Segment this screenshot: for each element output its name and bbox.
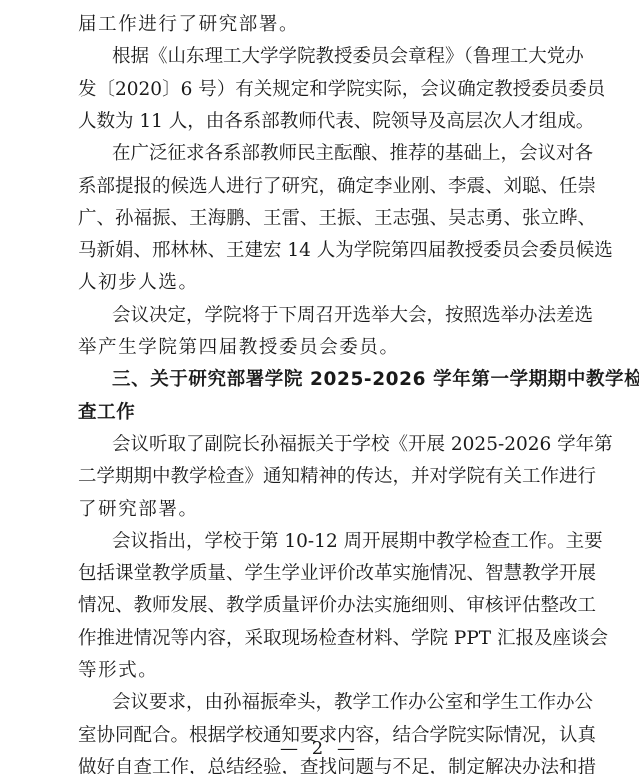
paragraph-line: 二学期期中教学检查》通知精神的传达，并对学院有关工作进行 — [78, 465, 562, 489]
section-heading-line: 三、关于研究部署学院 2025-2026 学年第一学期期中教学检 — [112, 368, 562, 392]
paragraph-line: 会议要求，由孙福振牵头，教学工作办公室和学生工作办公 — [112, 691, 562, 715]
section-heading-line: 查工作 — [78, 401, 562, 425]
paragraph-line: 会议决定，学院将于下周召开选举大会，按照选举办法差选 — [112, 304, 562, 328]
paragraph-line: 系部提报的候选人进行了研究，确定李业刚、李震、刘聪、任崇 — [78, 175, 562, 199]
paragraph-line: 了研究部署。 — [78, 498, 562, 522]
paragraph-line: 作推进情况等内容，采取现场检查材料、学院 PPT 汇报及座谈会 — [78, 627, 562, 651]
paragraph-line: 会议听取了副院长孙福振关于学校《开展 2025-2026 学年第 — [112, 433, 562, 457]
paragraph-line: 马新娟、邢林林、王建宏 14 人为学院第四届教授委员会委员候选 — [78, 239, 562, 263]
paragraph-line: 发〔2020〕6 号）有关规定和学院实际，会议确定教授委员委员 — [78, 78, 562, 102]
paragraph-line: 在广泛征求各系部教师民主酝酿、推荐的基础上，会议对各 — [112, 142, 562, 166]
paragraph-line: 届工作进行了研究部署。 — [78, 13, 562, 37]
paragraph-line: 举产生学院第四届教授委员会委员。 — [78, 336, 562, 360]
document-page: 届工作进行了研究部署。根据《山东理工大学学院教授委员会章程》（鲁理工大党办发〔2… — [0, 0, 639, 774]
paragraph-line: 人数为 11 人，由各系部教师代表、院领导及高层次人才组成。 — [78, 110, 562, 134]
paragraph-line: 广、孙福振、王海鹏、王雷、王振、王志强、吴志勇、张立晔、 — [78, 207, 562, 231]
page-number: — 2 — — [0, 738, 639, 759]
paragraph-line: 情况、教师发展、教学质量评价办法实施细则、审核评估整改工 — [78, 594, 562, 618]
paragraph-line: 包括课堂教学质量、学生学业评价改革实施情况、智慧教学开展 — [78, 562, 562, 586]
paragraph-line: 会议指出，学校于第 10-12 周开展期中教学检查工作。主要 — [112, 530, 562, 554]
paragraph-line: 根据《山东理工大学学院教授委员会章程》（鲁理工大党办 — [112, 45, 562, 69]
paragraph-line: 等形式。 — [78, 659, 562, 683]
paragraph-line: 人初步人选。 — [78, 271, 562, 295]
